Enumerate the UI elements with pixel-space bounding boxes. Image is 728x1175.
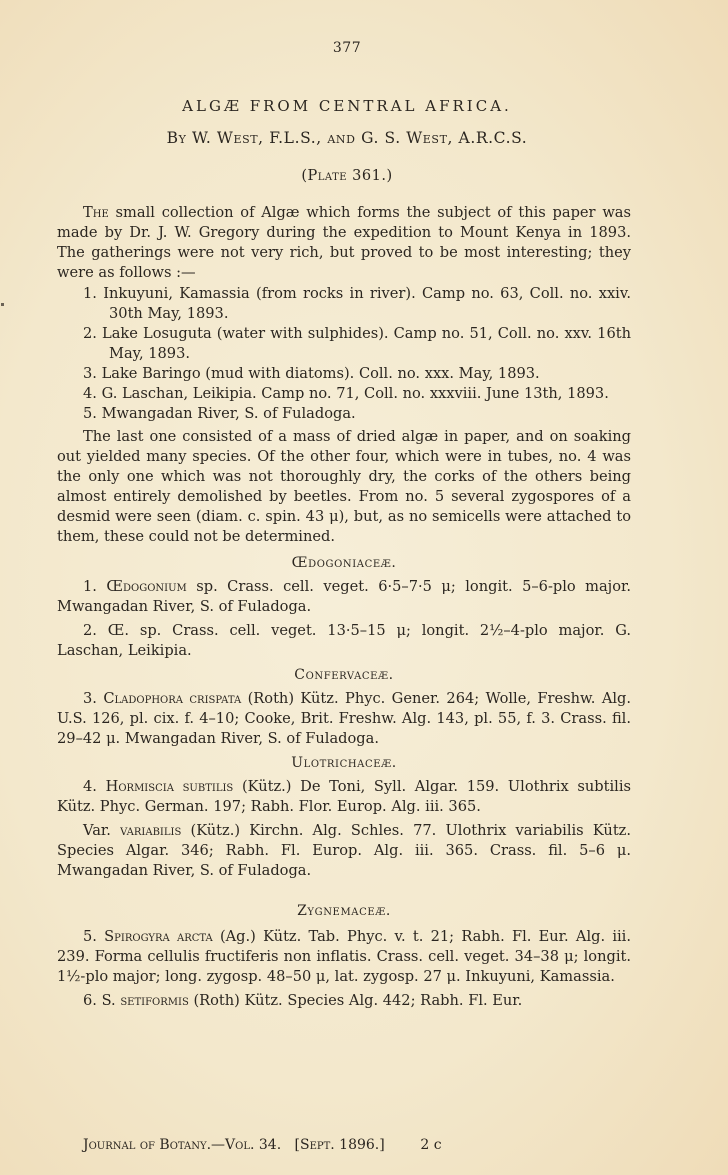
species-entry: 6. S. setiformis (Roth) Kütz. Species Al… [57, 991, 631, 1011]
species-entry: 2. Œ. sp. Crass. cell. veget. 13·5–15 μ;… [57, 621, 631, 661]
section-heading-zygnemaceae: Zygnemaceæ. [57, 901, 631, 921]
journal-volume: Journal of Botany.—Vol. 34. [83, 1137, 281, 1153]
gatherings-list: 1. Inkuyuni, Kamassia (from rocks in riv… [57, 284, 631, 424]
gathering-item: 2. Lake Losuguta (water with sulphides).… [57, 324, 631, 364]
signature-mark: 2 c [420, 1137, 441, 1153]
article-body: The small collection of Algæ which forms… [57, 203, 631, 1011]
article-title: ALGÆ FROM CENTRAL AFRICA. [57, 97, 637, 115]
intro-lead-word: The [83, 204, 109, 221]
gathering-item: 5. Mwangadan River, S. of Fuladoga. [57, 404, 631, 424]
intro-text: small collection of Algæ which forms the… [57, 204, 631, 281]
variety-entry: Var. variabilis (Kütz.) Kirchn. Alg. Sch… [57, 821, 631, 881]
gathering-item: 4. G. Laschan, Leikipia. Camp no. 71, Co… [57, 384, 631, 404]
issue-date: [Sept. 1896.] [295, 1137, 385, 1153]
species-entry: 5. Spirogyra arcta (Ag.) Kütz. Tab. Phyc… [57, 927, 631, 987]
gathering-item: 3. Lake Baringo (mud with diatoms). Coll… [57, 364, 631, 384]
section-heading-oedogoniaceae: Œdogoniaceæ. [57, 553, 631, 573]
intro-paragraph: The small collection of Algæ which forms… [57, 203, 631, 283]
notes-paragraph: The last one consisted of a mass of drie… [57, 427, 631, 547]
species-entry: 3. Cladophora crispata (Roth) Kütz. Phyc… [57, 689, 631, 749]
page-number: 377 [57, 40, 637, 56]
section-heading-ulotrichaceae: Ulotrichaceæ. [57, 753, 631, 773]
plate-reference: (Plate 361.) [57, 168, 637, 184]
article-byline: By W. West, F.L.S., and G. S. West, A.R.… [57, 129, 637, 147]
section-heading-confervaceae: Confervaceæ. [57, 665, 631, 685]
page-footer: Journal of Botany.—Vol. 34. [Sept. 1896.… [83, 1137, 442, 1153]
scan-speck [1, 303, 4, 306]
species-entry: 4. Hormiscia subtilis (Kütz.) De Toni, S… [57, 777, 631, 817]
species-entry: 1. Œdogonium sp. Crass. cell. veget. 6·5… [57, 577, 631, 617]
gathering-item: 1. Inkuyuni, Kamassia (from rocks in riv… [57, 284, 631, 324]
